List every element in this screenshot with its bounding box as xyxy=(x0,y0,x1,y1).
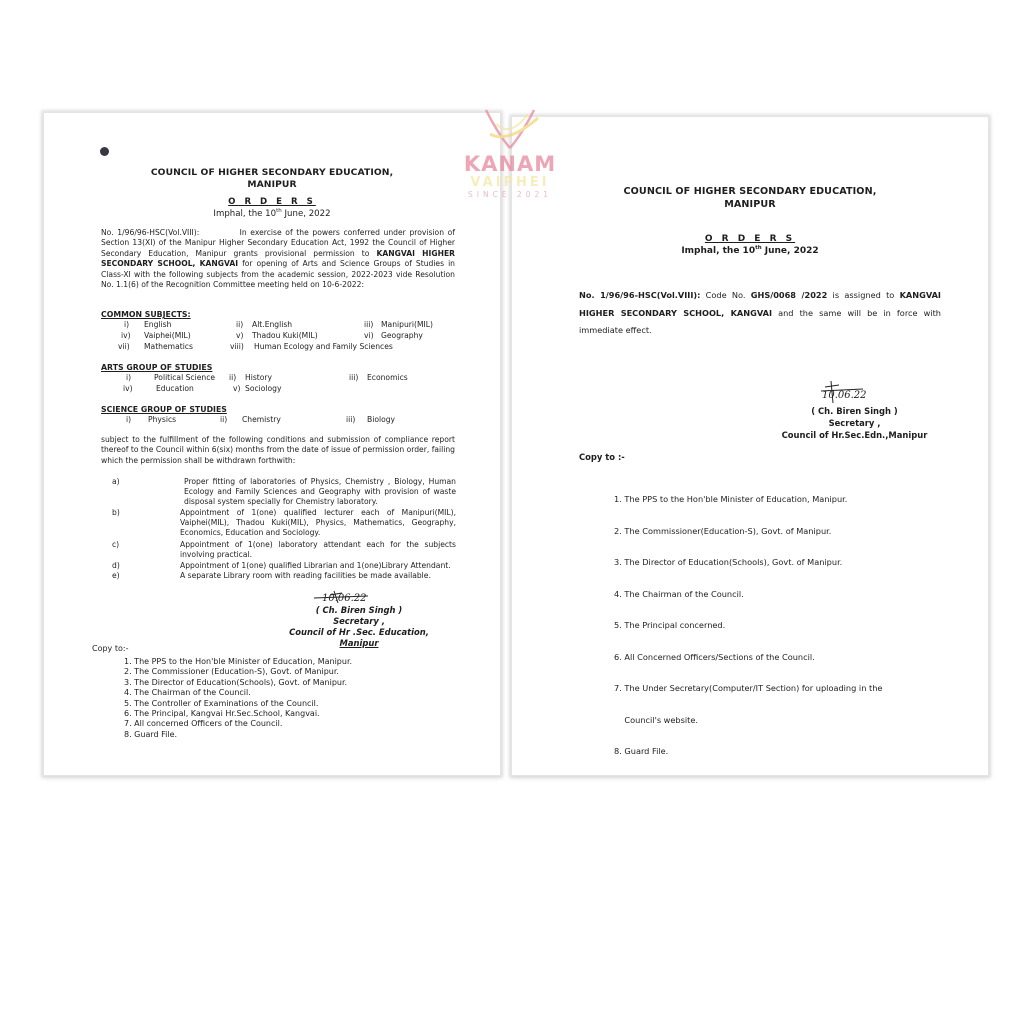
condition-label: d) xyxy=(112,561,120,571)
council-name: COUNCIL OF HIGHER SECONDARY EDUCATION, xyxy=(512,185,988,198)
subject-name: Human Ecology and Family Sciences xyxy=(254,342,393,351)
place-date-suffix: June, 2022 xyxy=(282,209,331,219)
copy-to-list: 1. The PPS to the Hon'ble Minister of Ed… xyxy=(614,473,882,778)
copy-to-item-continued: Council's website. xyxy=(614,715,882,726)
signatory-state: Manipur xyxy=(340,638,379,648)
copy-to-item: 3. The Director of Education(Schools), G… xyxy=(124,678,352,688)
subject-name: Mathematics xyxy=(144,342,193,351)
signatory-block: ( Ch. Biren Singh ) Secretary , Council … xyxy=(752,405,957,441)
order-page-code-assignment: COUNCIL OF HIGHER SECONDARY EDUCATION, M… xyxy=(511,116,989,776)
handwritten-signature: 10.06.22 xyxy=(819,379,919,405)
copy-to-item: 4. The Chairman of the Council. xyxy=(614,589,882,600)
copy-to-item: 2. The Commissioner (Education-S), Govt.… xyxy=(124,667,352,677)
arts-subjects-list: i) Political Science ii) History iii) Ec… xyxy=(44,373,500,397)
copy-to-label: Copy to :- xyxy=(579,452,625,462)
condition-label: e) xyxy=(112,571,120,581)
copy-to-item: 6. The Principal, Kangvai Hr.Sec.School,… xyxy=(124,709,352,719)
condition-text: Appointment of 1(one) laboratory attenda… xyxy=(180,540,456,560)
subject-name: Education xyxy=(156,384,194,393)
signatory-name: ( Ch. Biren Singh ) xyxy=(752,405,957,417)
condition-label: c) xyxy=(112,540,119,550)
conditions-list: a) Proper fitting of laboratories of Phy… xyxy=(112,477,472,587)
copy-to-item: 8. Guard File. xyxy=(614,746,882,757)
subject-num: i) xyxy=(126,415,131,424)
copy-to-item: 7. All concerned Officers of the Council… xyxy=(124,719,352,729)
reference-number: No. 1/96/96-HSC(Vol.VIII): xyxy=(101,228,199,237)
council-state: MANIPUR xyxy=(512,198,988,211)
council-name: COUNCIL OF HIGHER SECONDARY EDUCATION, xyxy=(44,167,500,179)
subject-name: History xyxy=(245,373,272,382)
copy-to-item: 6. All Concerned Officers/Sections of th… xyxy=(614,652,882,663)
signatory-block: ( Ch. Biren Singh ) Secretary , Council … xyxy=(264,605,454,649)
subject-num: iv) xyxy=(121,331,131,340)
copy-to-item: 2. The Commissioner(Education-S), Govt. … xyxy=(614,526,882,537)
order-page-permission: COUNCIL OF HIGHER SECONDARY EDUCATION, M… xyxy=(43,112,501,776)
common-subjects-title: COMMON SUBJECTS: xyxy=(101,310,191,319)
code-assignment-paragraph: No. 1/96/96-HSC(Vol.VIII): Code No. GHS/… xyxy=(579,287,941,340)
punch-hole xyxy=(100,147,109,156)
signature-date: 10.06.22 xyxy=(822,390,867,401)
body-text-1: is assigned to xyxy=(827,290,899,300)
subject-num: v) xyxy=(233,384,240,393)
subject-num: ii) xyxy=(229,373,236,382)
subject-name: Sociology xyxy=(245,384,281,393)
code-label: Code No. xyxy=(700,290,750,300)
copy-to-item: 1. The PPS to the Hon'ble Minister of Ed… xyxy=(614,494,882,505)
subject-num: v) xyxy=(236,331,243,340)
signatory-office: Council of Hr.Sec.Edn.,Manipur xyxy=(752,429,957,441)
subject-num: iii) xyxy=(346,415,355,424)
signatory-name: ( Ch. Biren Singh ) xyxy=(264,605,454,616)
subject-num: ii) xyxy=(236,320,243,329)
subject-num: viii) xyxy=(230,342,244,351)
subject-name: Chemistry xyxy=(242,415,281,424)
subject-name: Manipuri(MIL) xyxy=(381,320,433,329)
signatory-designation: Secretary , xyxy=(752,417,957,429)
subject-num: iii) xyxy=(364,320,373,329)
copy-to-label: Copy to:- xyxy=(92,644,128,653)
subject-name: Physics xyxy=(148,415,176,424)
copy-to-list: 1. The PPS to the Hon'ble Minister of Ed… xyxy=(124,657,352,740)
copy-to-item: 7. The Under Secretary(Computer/IT Secti… xyxy=(614,683,882,694)
subject-name: Geography xyxy=(381,331,423,340)
council-header: COUNCIL OF HIGHER SECONDARY EDUCATION, M… xyxy=(512,185,988,211)
school-code: GHS/0068 /2022 xyxy=(751,290,828,300)
subject-name: Vaiphei(MIL) xyxy=(144,331,191,340)
subject-num: ii) xyxy=(220,415,227,424)
copy-to-item: 4. The Chairman of the Council. xyxy=(124,688,352,698)
condition-text: Appointment of 1(one) qualified Libraria… xyxy=(180,561,470,571)
common-subjects-list: i) English ii) Alt.English iii) Manipuri… xyxy=(44,320,500,354)
reference-number: No. 1/96/96-HSC(Vol.VIII): xyxy=(579,290,700,300)
arts-group-title: ARTS GROUP OF STUDIES xyxy=(101,363,212,372)
subject-name: Biology xyxy=(367,415,395,424)
council-state: MANIPUR xyxy=(44,179,500,191)
condition-text: Proper fitting of laboratories of Physic… xyxy=(184,477,456,508)
copy-to-item: 8. Guard File. xyxy=(124,730,352,740)
science-group-title: SCIENCE GROUP OF STUDIES xyxy=(101,405,227,414)
place-date: Imphal, the 10th June, 2022 xyxy=(44,208,500,219)
copy-to-item: 3. The Director of Education(Schools), G… xyxy=(614,557,882,568)
subject-num: iv) xyxy=(123,384,133,393)
copy-to-item: 1. The PPS to the Hon'ble Minister of Ed… xyxy=(124,657,352,667)
condition-text: Appointment of 1(one) qualified lecturer… xyxy=(180,508,456,539)
subject-name: Economics xyxy=(367,373,408,382)
orders-title: O R D E R S xyxy=(512,234,988,244)
subject-num: vii) xyxy=(118,342,130,351)
copy-to-item: 5. The Principal concerned. xyxy=(614,620,882,631)
orders-title: O R D E R S xyxy=(44,197,500,207)
condition-label: b) xyxy=(112,508,120,518)
signatory-office: Council of Hr .Sec. Education, xyxy=(264,627,454,638)
copy-to-item: 5. The Controller of Examinations of the… xyxy=(124,699,352,709)
intro-paragraph: No. 1/96/96-HSC(Vol.VIII): In exercise o… xyxy=(101,228,455,290)
place-date-suffix: June, 2022 xyxy=(762,246,819,256)
signatory-designation: Secretary , xyxy=(264,616,454,627)
place-date-prefix: Imphal, the 10 xyxy=(681,246,755,256)
subject-num: i) xyxy=(124,320,129,329)
handwritten-signature: 10.06.22 xyxy=(308,589,398,605)
subject-name: Thadou Kuki(MIL) xyxy=(252,331,318,340)
signature-date: 10.06.22 xyxy=(322,593,367,604)
science-subjects-list: i) Physics ii) Chemistry iii) Biology xyxy=(44,415,500,427)
place-date-prefix: Imphal, the 10 xyxy=(213,209,276,219)
condition-text: A separate Library room with reading fac… xyxy=(180,571,470,581)
subject-num: i) xyxy=(126,373,131,382)
subject-num: vi) xyxy=(364,331,374,340)
condition-label: a) xyxy=(112,477,120,487)
subject-name: Alt.English xyxy=(252,320,292,329)
conditions-intro: subject to the fulfillment of the follow… xyxy=(101,435,455,466)
subject-name: English xyxy=(144,320,171,329)
place-date: Imphal, the 10th June, 2022 xyxy=(512,245,988,256)
council-header: COUNCIL OF HIGHER SECONDARY EDUCATION, M… xyxy=(44,167,500,191)
subject-name: Political Science xyxy=(154,373,215,382)
subject-num: iii) xyxy=(349,373,358,382)
